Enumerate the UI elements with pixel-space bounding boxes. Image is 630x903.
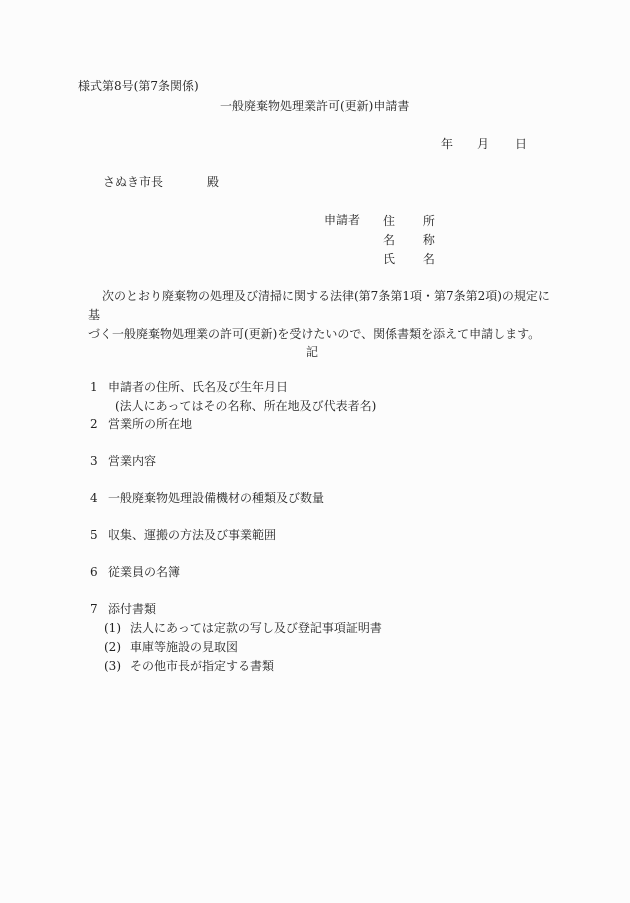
list-item-3: 3営業内容	[90, 453, 156, 469]
addressee-honorific: 殿	[207, 175, 219, 189]
list-item-5: 5収集、運搬の方法及び事業範囲	[90, 527, 276, 543]
addressee-name: さぬき市長	[103, 175, 163, 189]
body-line-2: づく一般廃棄物処理業の許可(更新)を受けたいので、関係書類を添えて申請します。	[88, 325, 558, 344]
list-item-2: 2営業所の所在地	[90, 416, 192, 432]
body-line-1: 次のとおり廃棄物の処理及び清掃に関する法律(第7条第1項・第7条第2項)の規定に…	[88, 287, 558, 325]
applicant-label: 申請者	[324, 212, 360, 228]
document-title: 一般廃棄物処理業許可(更新)申請書	[220, 98, 409, 114]
date-day: 日	[515, 136, 527, 152]
field-name-label: 氏 名	[383, 250, 447, 269]
form-number: 様式第8号(第7条関係)	[78, 78, 199, 94]
date-line: 年月日	[441, 136, 527, 152]
body-paragraph: 次のとおり廃棄物の処理及び清掃に関する法律(第7条第1項・第7条第2項)の規定に…	[88, 287, 558, 344]
applicant-fields: 住 所 名 称 氏 名	[383, 212, 447, 269]
list-item-1: 1申請者の住所、氏名及び生年月日	[90, 379, 288, 395]
subitem-3: (3)その他市長が指定する書類	[104, 657, 274, 676]
ki-heading: 記	[306, 344, 318, 360]
list-item-4: 4一般廃棄物処理設備機材の種類及び数量	[90, 490, 324, 506]
date-month: 月	[477, 136, 515, 152]
field-company-label: 名 称	[383, 231, 447, 250]
list-item-7: 7添付書類	[90, 601, 156, 617]
subitem-1: (1)法人にあっては定款の写し及び登記事項証明書	[104, 619, 382, 638]
field-address-label: 住 所	[383, 212, 447, 231]
subitem-2: (2)車庫等施設の見取図	[104, 638, 238, 657]
date-year: 年	[441, 136, 477, 152]
addressee: さぬき市長殿	[103, 174, 219, 190]
list-item-6: 6従業員の名簿	[90, 564, 180, 580]
list-item-1-note: (法人にあってはその名称、所在地及び代表者名)	[115, 398, 376, 414]
